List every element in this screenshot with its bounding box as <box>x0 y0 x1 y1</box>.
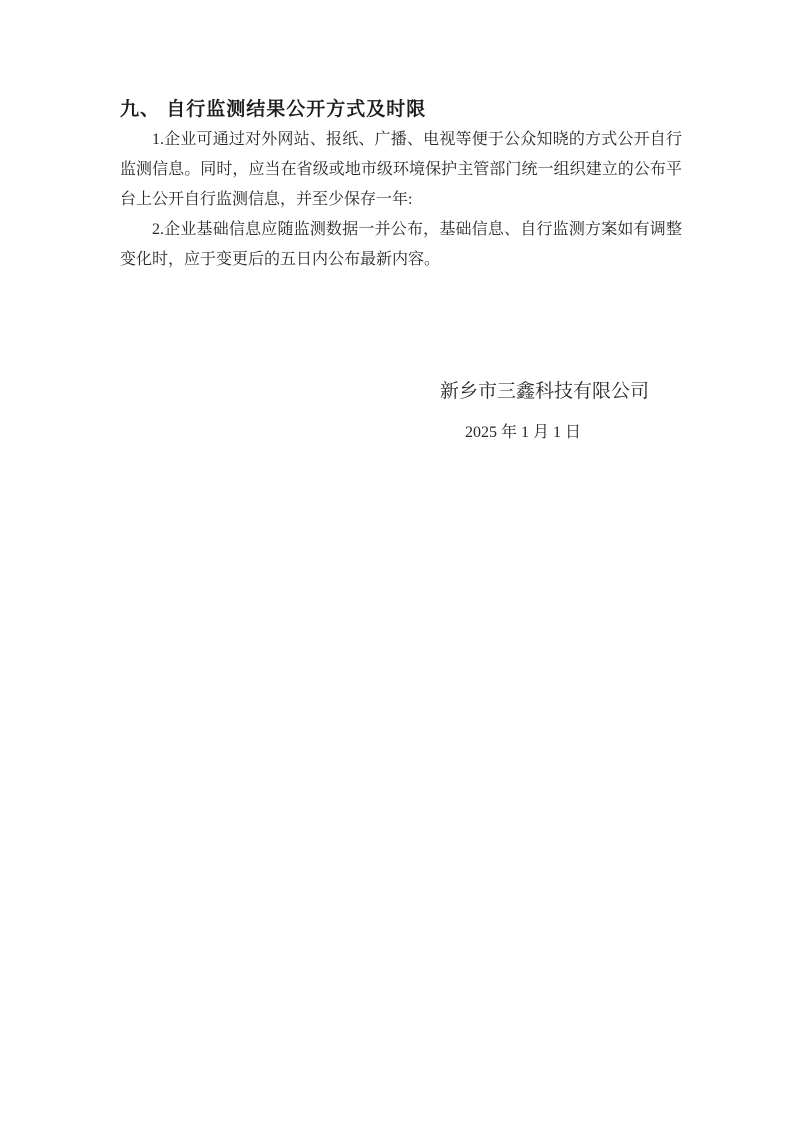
section-heading: 九、 自行监测结果公开方式及时限 <box>120 94 682 125</box>
paragraph-1: 1.企业可通过对外网站、报纸、广播、电视等便于公众知晓的方式公开自行监测信息。同… <box>120 125 682 215</box>
paragraph-2: 2.企业基础信息应随监测数据一并公布，基础信息、自行监测方案如有调整变化时，应于… <box>120 215 682 275</box>
company-name: 新乡市三鑫科技有限公司 <box>440 377 682 407</box>
signature-date: 2025 年 1 月 1 日 <box>465 418 682 448</box>
document-page: 九、 自行监测结果公开方式及时限 1.企业可通过对外网站、报纸、广播、电视等便于… <box>0 0 800 1131</box>
document-content: 九、 自行监测结果公开方式及时限 1.企业可通过对外网站、报纸、广播、电视等便于… <box>120 94 682 448</box>
signature-block: 新乡市三鑫科技有限公司 2025 年 1 月 1 日 <box>120 377 682 448</box>
